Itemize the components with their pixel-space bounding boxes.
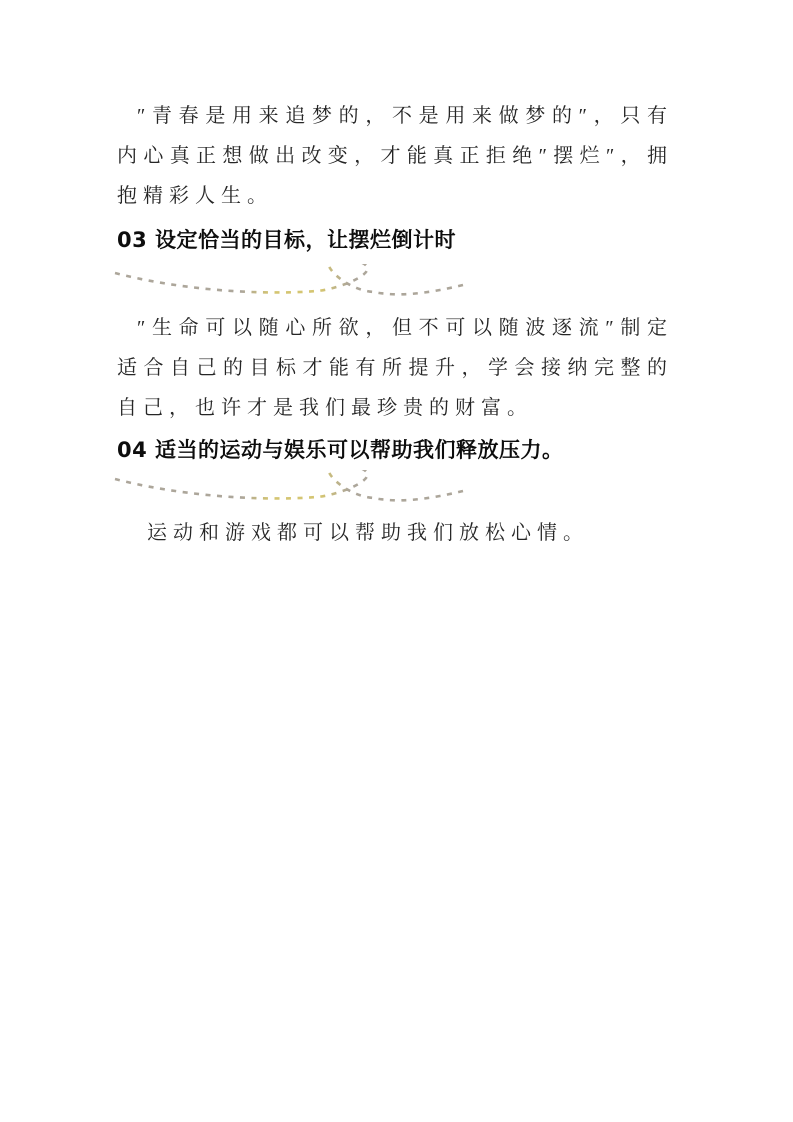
heading-03-set-goals: 03 设定恰当的目标，让摆烂倒计时 bbox=[117, 228, 673, 252]
squiggle-divider-icon bbox=[112, 470, 472, 510]
paragraph-sports-games: 运动和游戏都可以帮助我们放松心情。 bbox=[117, 513, 673, 553]
squiggle-divider-icon bbox=[112, 264, 472, 304]
document-page: ″青春是用来追梦的，不是用来做梦的″，只有内心真正想做出改变，才能真正拒绝″摆烂… bbox=[0, 0, 793, 1122]
paragraph-youth-dream: ″青春是用来追梦的，不是用来做梦的″，只有内心真正想做出改变，才能真正拒绝″摆烂… bbox=[117, 96, 673, 216]
heading-04-exercise-entertainment: 04 适当的运动与娱乐可以帮助我们释放压力。 bbox=[117, 438, 673, 462]
paragraph-life-goals: ″生命可以随心所欲，但不可以随波逐流″制定适合自己的目标才能有所提升，学会接纳完… bbox=[117, 308, 673, 428]
